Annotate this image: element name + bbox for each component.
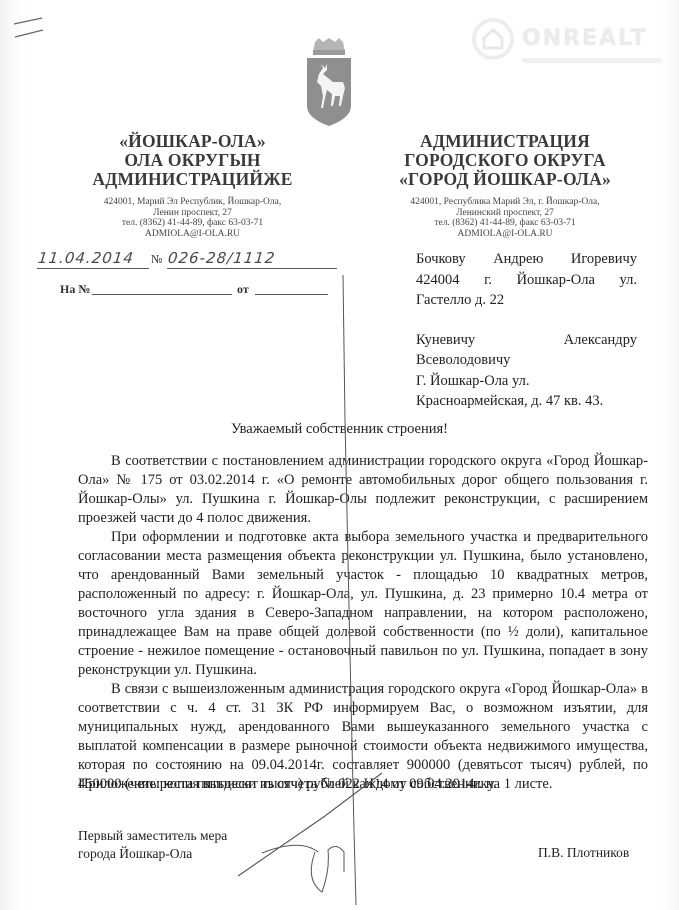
number-label: №: [151, 252, 162, 267]
email-line: ADMIOLA@I-OLA.RU: [70, 229, 315, 240]
org-address: 424001, Республика Марий Эл, г. Йошкар-О…: [390, 197, 620, 239]
salutation: Уважаемый собственник строения!: [0, 421, 679, 438]
org-name-line: ГОРОДСКОГО ОКРУГА: [390, 151, 620, 170]
address-line: Ленин проспект, 27: [70, 208, 315, 219]
org-address: 424001, Марий Эл Республик, Йошкар-Ола, …: [70, 197, 315, 239]
letterhead-left: «ЙОШКАР-ОЛА» ОЛА ОКРУГЫН АДМИНИСТРАЦИЙЖЕ…: [70, 132, 315, 239]
recipient-2: Куневичу Александру Всеволодовичу Г. Йош…: [416, 330, 637, 412]
org-name-line: АДМИНИСТРАЦИЙЖЕ: [70, 170, 315, 189]
address-line: Ленинский проспект, 27: [390, 208, 620, 219]
handwritten-date: 11.04.2014: [37, 248, 151, 269]
recipients-block: Бочкову Андрею Игоревичу 424004 г. Йошка…: [416, 249, 637, 431]
reference-line: На № от: [60, 282, 330, 296]
house-pin-icon: [470, 18, 516, 64]
signatory-title-line: города Йошкар-Ола: [78, 845, 227, 863]
recipient-address: Красноармейская, д. 47 кв. 43.: [416, 391, 637, 412]
letter-body: В соответствии с постановлением админист…: [78, 452, 648, 794]
org-name-line: «ЙОШКАР-ОЛА»: [70, 132, 315, 151]
reference-date-label: от: [237, 282, 249, 297]
moose-coat-of-arms-icon: [303, 38, 355, 126]
recipient-address: Г. Йошкар-Ола ул.: [416, 371, 637, 392]
reference-number-blank: [92, 294, 232, 295]
email-line: ADMIOLA@I-OLA.RU: [390, 229, 620, 240]
org-name-line: АДМИНИСТРАЦИЯ: [390, 132, 620, 151]
org-name-line: ОЛА ОКРУГЫН: [70, 151, 315, 170]
address-line: 424001, Марий Эл Республик, Йошкар-Ола,: [70, 197, 315, 208]
phone-line: тел. (8362) 41-44-89, факс 63-03-71: [70, 218, 315, 229]
org-name-line: «ГОРОД ЙОШКАР-ОЛА»: [390, 170, 620, 189]
signatory-title-line: Первый заместитель мера: [78, 827, 227, 845]
registration-line: 11.04.2014 № 026-28/1112: [38, 248, 303, 270]
signatory-name: П.В. Плотников: [538, 845, 629, 861]
reference-date-blank: [255, 294, 328, 295]
recipient-address: 424004 г. Йошкар-Ола ул.: [416, 270, 637, 291]
recipient-name: Всеволодовичу: [416, 350, 637, 371]
phone-line: тел. (8362) 41-44-89, факс 63-03-71: [390, 218, 620, 229]
watermark-brand: ONREALT: [522, 26, 648, 51]
handwritten-mark-icon: [12, 16, 46, 40]
scanned-letter-page: ONREALT «ЙОШКАР-ОЛА» ОЛА ОКРУГЫН АДМИНИС…: [0, 0, 679, 910]
reference-number-label: На №: [60, 282, 90, 297]
watermark-subtitle-bar: [522, 58, 662, 63]
recipient-1: Бочкову Андрею Игоревичу 424004 г. Йошка…: [416, 249, 637, 311]
body-paragraph: В соответствии с постановлением админист…: [78, 452, 648, 528]
handwritten-outgoing-number: 026-28/1112: [167, 248, 339, 269]
recipient-name: Бочкову Андрею Игоревичу: [416, 249, 637, 270]
body-paragraph: При оформлении и подготовке акта выбора …: [78, 528, 648, 680]
letterhead-right: АДМИНИСТРАЦИЯ ГОРОДСКОГО ОКРУГА «ГОРОД Й…: [390, 132, 620, 239]
recipient-name: Куневичу Александру: [416, 330, 637, 351]
attachment-note: Приложение: копия выписки из отчета № 02…: [78, 776, 552, 793]
signatory-title: Первый заместитель мера города Йошкар-Ол…: [78, 827, 227, 863]
watermark: ONREALT: [470, 18, 675, 68]
recipient-address: Гастелло д. 22: [416, 290, 637, 311]
address-line: 424001, Республика Марий Эл, г. Йошкар-О…: [390, 197, 620, 208]
